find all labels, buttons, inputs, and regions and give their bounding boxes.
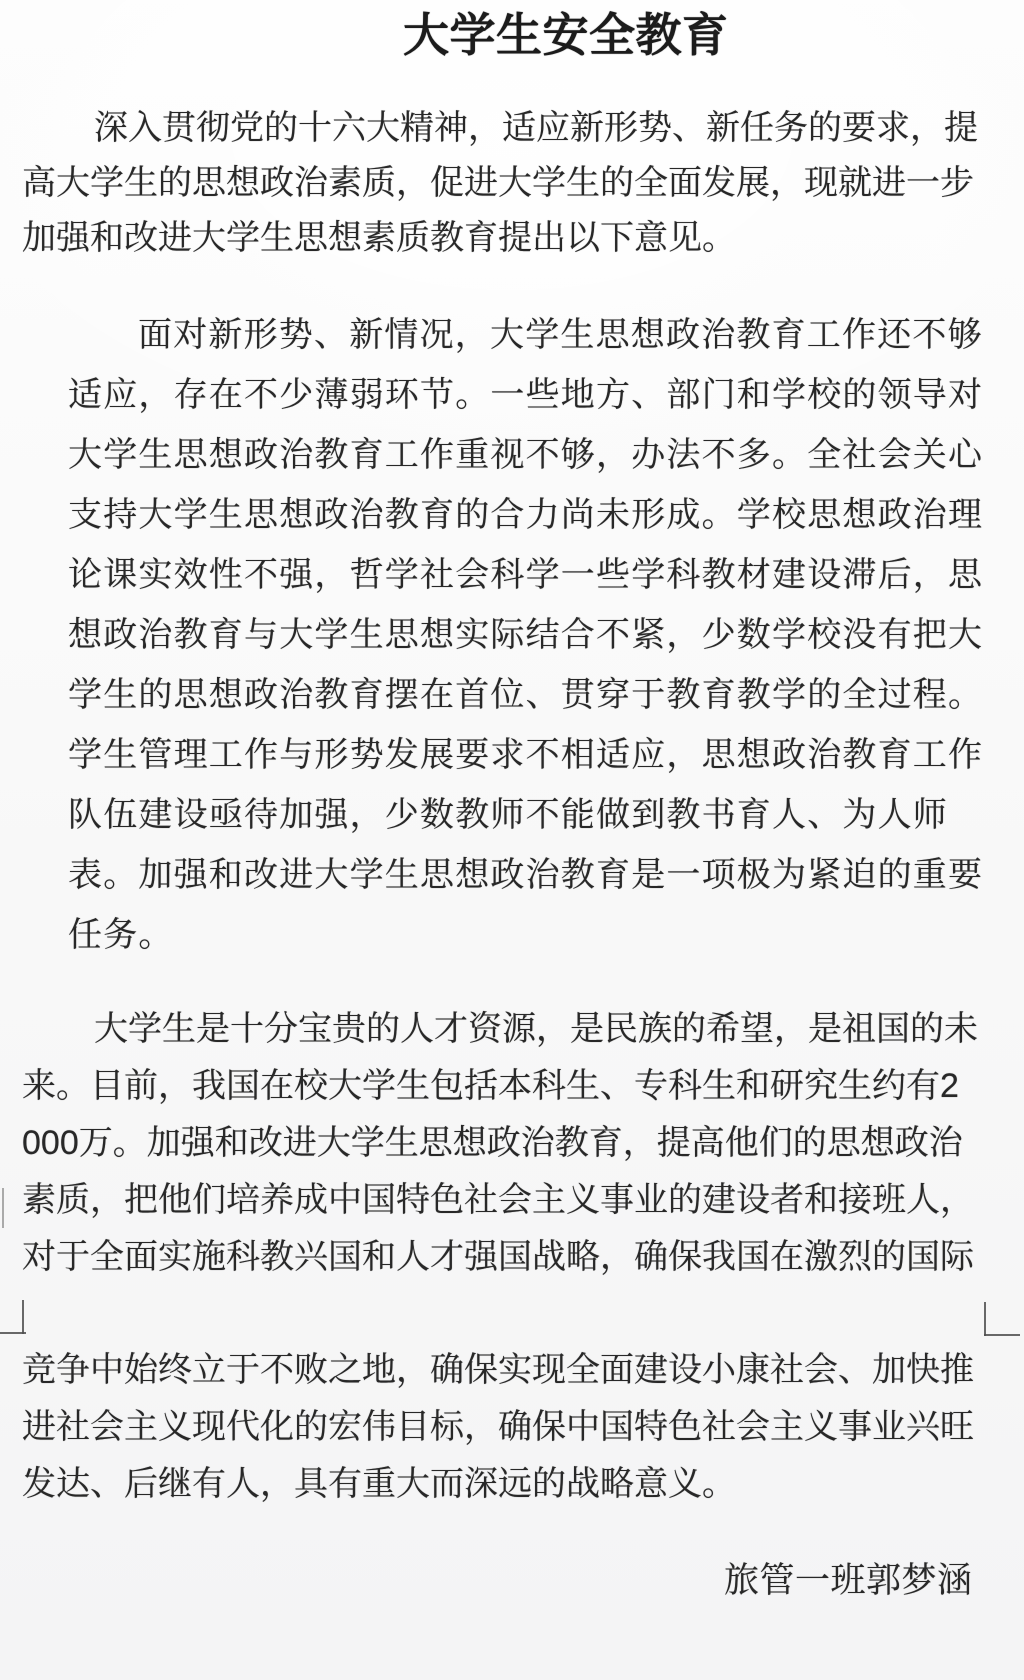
page-boundary-mark-left xyxy=(0,1298,30,1338)
document-photo-page: 大学生安全教育 深入贯彻党的十六大精神，适应新形势、新任务的要求，提 高大学生的… xyxy=(0,0,1024,1680)
text-line: 竞争中始终立于不败之地，确保实现全面建设小康社会、加快推 xyxy=(22,1342,1012,1399)
text-line: 高大学生的思想政治素质，促进大学生的全面发展，现就进一步 xyxy=(22,156,1002,211)
text-line: 学生的思想政治教育摆在首位、贯穿于教育教学的全过程。 xyxy=(68,665,1008,725)
text-line: 深入贯彻党的十六大精神，适应新形势、新任务的要求，提 xyxy=(22,101,1002,156)
paragraph-problems: 面对新形势、新情况，大学生思想政治教育工作还不够 适应，存在不少薄弱环节。一些地… xyxy=(68,305,1008,965)
text-line: 队伍建设亟待加强，少数教师不能做到教书育人、为人师 xyxy=(68,785,1008,845)
page-edge-line xyxy=(2,1188,4,1228)
text-line: 加强和改进大学生思想素质教育提出以下意见。 xyxy=(22,211,1002,266)
page-boundary-mark-right xyxy=(984,1300,1024,1340)
boundary-mark-vertical xyxy=(22,1300,24,1334)
text-line: 大学生思想政治教育工作重视不够，办法不多。全社会关心 xyxy=(68,425,1008,485)
text-line: 支持大学生思想政治教育的合力尚未形成。学校思想政治理 xyxy=(68,485,1008,545)
text-line: 000万。加强和改进大学生思想政治教育，提高他们的思想政治 xyxy=(22,1115,1012,1172)
paragraph-significance-page1: 大学生是十分宝贵的人才资源，是民族的希望，是祖国的未 来。目前，我国在校大学生包… xyxy=(22,1001,1012,1286)
text-line: 进社会主义现代化的宏伟目标，确保中国特色社会主义事业兴旺 xyxy=(22,1399,1012,1456)
boundary-mark-vertical xyxy=(984,1302,986,1336)
page-title: 大学生安全教育 xyxy=(403,10,729,60)
text-line: 素质，把他们培养成中国特色社会主义事业的建设者和接班人， xyxy=(22,1172,1012,1229)
text-line: 大学生是十分宝贵的人才资源，是民族的希望，是祖国的未 xyxy=(22,1001,1012,1058)
author-signature: 旅管一班郭梦涵 xyxy=(724,1562,973,1600)
paragraph-significance-page2: 竞争中始终立于不败之地，确保实现全面建设小康社会、加快推 进社会主义现代化的宏伟… xyxy=(22,1342,1012,1513)
text-line: 任务。 xyxy=(68,905,1008,965)
boundary-mark-horizontal xyxy=(0,1332,26,1334)
text-line: 表。加强和改进大学生思想政治教育是一项极为紧迫的重要 xyxy=(68,845,1008,905)
text-line: 发达、后继有人，具有重大而深远的战略意义。 xyxy=(22,1456,1012,1513)
text-line: 学生管理工作与形势发展要求不相适应，思想政治教育工作 xyxy=(68,725,1008,785)
text-line: 来。目前，我国在校大学生包括本科生、专科生和研究生约有2 xyxy=(22,1058,1012,1115)
text-line: 面对新形势、新情况，大学生思想政治教育工作还不够 xyxy=(68,305,1008,365)
text-line: 想政治教育与大学生思想实际结合不紧，少数学校没有把大 xyxy=(68,605,1008,665)
text-line: 论课实效性不强，哲学社会科学一些学科教材建设滞后，思 xyxy=(68,545,1008,605)
text-line: 对于全面实施科教兴国和人才强国战略，确保我国在激烈的国际 xyxy=(22,1229,1012,1286)
paragraph-intro: 深入贯彻党的十六大精神，适应新形势、新任务的要求，提 高大学生的思想政治素质，促… xyxy=(22,101,1002,266)
boundary-mark-horizontal xyxy=(984,1334,1020,1336)
text-line: 适应，存在不少薄弱环节。一些地方、部门和学校的领导对 xyxy=(68,365,1008,425)
